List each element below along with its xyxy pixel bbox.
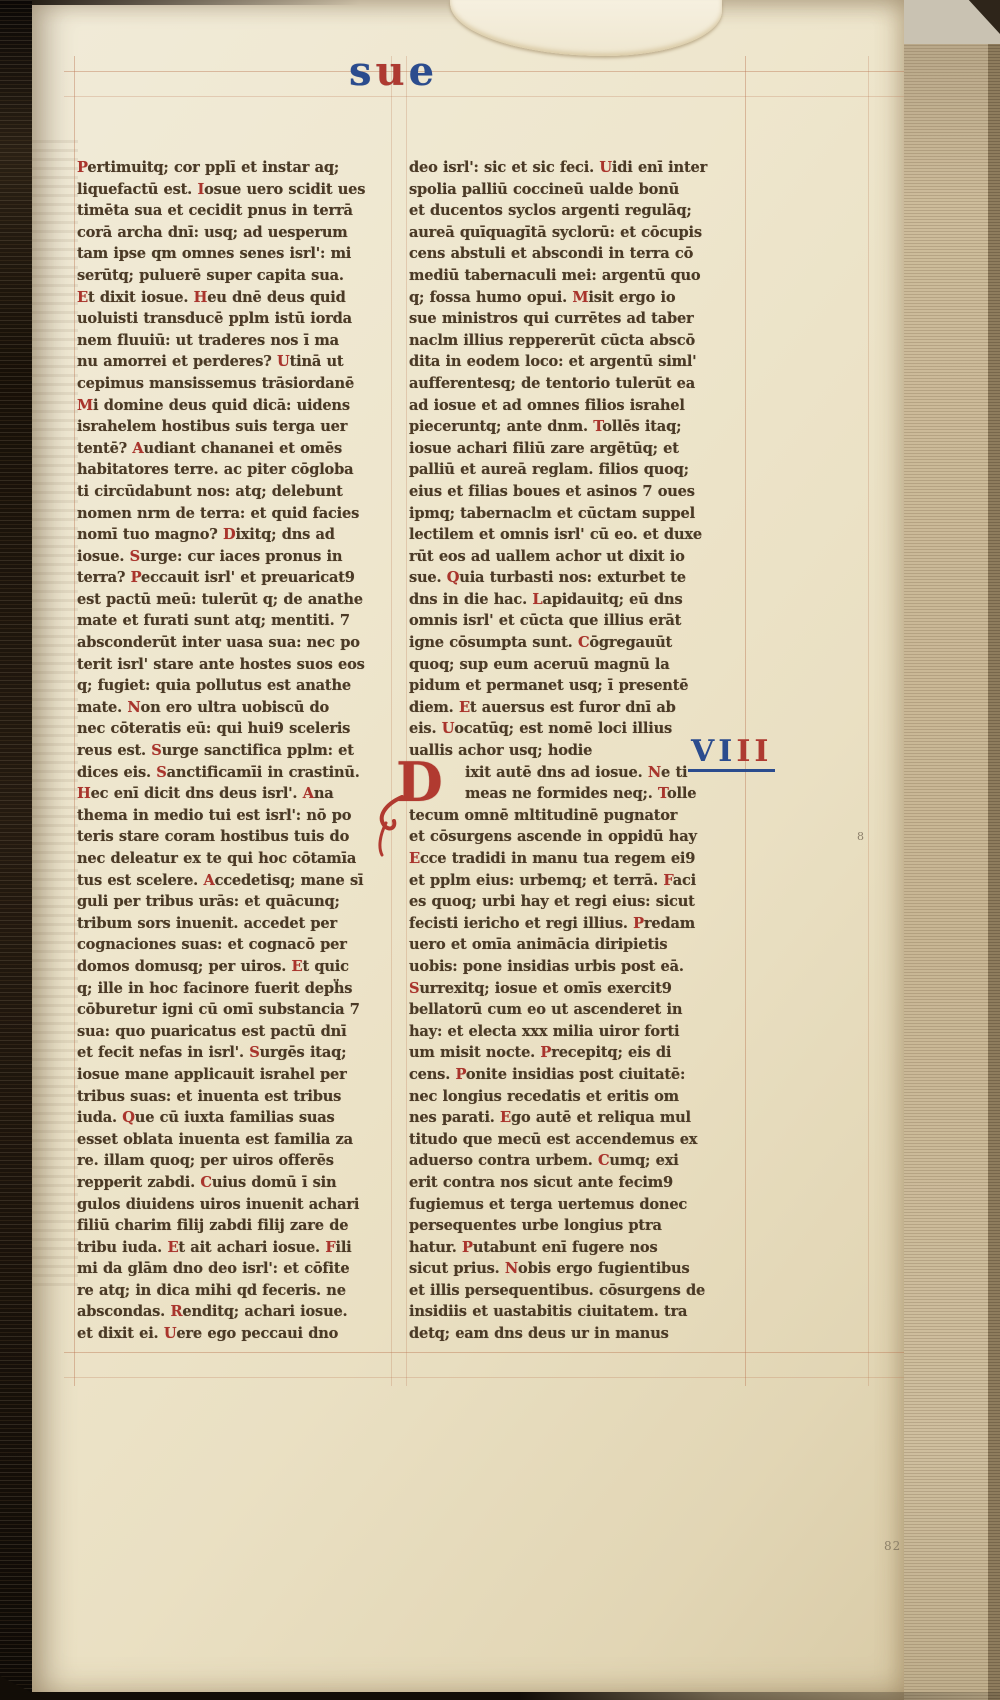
text-line: persequentes urbe longius ptra — [409, 1215, 749, 1237]
text-line: domos domusq; per uiros. Et quic — [77, 956, 393, 978]
ruling-line — [64, 1352, 932, 1353]
text-line: tribu iuda. Et ait achari iosue. Fili — [77, 1237, 393, 1259]
text-line: tecum omnē mltitudinē pugnator — [409, 805, 749, 827]
text-line: erit contra nos sicut ante fecim9 — [409, 1172, 749, 1194]
text-line: cens. Ponite insidias post ciuitatē: — [409, 1064, 749, 1086]
text-line: eius et filias boues et asinos 7 oues — [409, 481, 749, 503]
text-line: tus est scelere. Accedetisq; mane sī — [77, 870, 393, 892]
page-corner-curl — [450, 0, 722, 56]
chapter-number-viii: VIII — [688, 737, 775, 772]
text-line: Hec enī dicit dns deus isrl'. Ana — [77, 783, 393, 805]
text-line: spolia palliū coccineū ualde bonū — [409, 179, 749, 201]
text-line: omnis isrl' et cūcta que illius erāt — [409, 610, 749, 632]
text-line: iosue mane applicauit israhel per — [77, 1064, 393, 1086]
text-line: naclm illius reppererūt cūcta abscō — [409, 330, 749, 352]
text-line: et illis persequentibus. cōsurgens de — [409, 1280, 749, 1302]
text-line: israhelem hostibus suis terga uer — [77, 416, 393, 438]
text-line: tam ipse qm omnes senes isrl': mi — [77, 243, 393, 265]
book-gutter-edge — [0, 0, 32, 1700]
text-line: et ducentos syclos argenti regulāq; — [409, 200, 749, 222]
text-line: teris stare coram hostibus tuis do — [77, 826, 393, 848]
text-line: uobis: pone insidias urbis post eā. — [409, 956, 749, 978]
text-line: et dixit ei. Uere ego peccaui dno — [77, 1323, 393, 1345]
colored-letter: s — [349, 48, 376, 95]
text-line: mediū tabernaculi mei: argentū quo — [409, 265, 749, 287]
text-line: fecisti iericho et regi illius. Predam — [409, 913, 749, 935]
text-line: aufferentesq; de tentorio tulerūt ea — [409, 373, 749, 395]
text-line: et pplm eius: urbemq; et terrā. Faci — [409, 870, 749, 892]
text-line: sua: quo puaricatus est pactū dnī — [77, 1021, 393, 1043]
photo-bottom-edge — [0, 1692, 1000, 1700]
drop-cap-flourish — [372, 795, 418, 861]
text-line: ad iosue et ad omnes filios israhel — [409, 395, 749, 417]
text-column-left: Pertimuitq; cor pplī et instar aq;liquef… — [77, 157, 393, 1345]
text-line: cepimus mansissemus trāsiordanē — [77, 373, 393, 395]
colored-letter: I — [736, 734, 754, 769]
text-line: Et dixit iosue. Heu dnē deus quid — [77, 287, 393, 309]
text-line: q; fossa humo opui. Misit ergo io — [409, 287, 749, 309]
text-line: nec deleatur ex te qui hoc cōtamīa — [77, 848, 393, 870]
ruling-line — [868, 56, 869, 1386]
text-line: gulos diuidens uiros inuenit achari — [77, 1194, 393, 1216]
text-line: abscondas. Renditq; achari iosue. — [77, 1301, 393, 1323]
text-line: aureā quīquagītā syclorū: et cōcupis — [409, 222, 749, 244]
text-line: cens abstuli et abscondi in terra cō — [409, 243, 749, 265]
text-line: nem fluuiū: ut traderes nos ī ma — [77, 330, 393, 352]
text-line: iosue. Surge: cur iaces pronus in — [77, 546, 393, 568]
parchment-showthrough-texture — [32, 140, 78, 1290]
text-line: repperit zabdi. Cuius domū ī sin — [77, 1172, 393, 1194]
text-line: meas ne formides neq;. Tolle — [409, 783, 749, 805]
text-line: Surrexitq; iosue et omīs exercit9 — [409, 978, 749, 1000]
text-line: uero et omīa animācia diripietis — [409, 934, 749, 956]
text-line: terra? Peccauit isrl' et preuaricat9 — [77, 567, 393, 589]
fore-edge-page-stack — [904, 0, 988, 1700]
running-title: sue — [349, 52, 438, 92]
ruling-line — [64, 96, 932, 97]
text-line: Mi domine deus quid dicā: uidens — [77, 395, 393, 417]
text-line: dns in die hac. Lapidauitq; eū dns — [409, 589, 749, 611]
text-line: reus est. Surge sanctifica pplm: et — [77, 740, 393, 762]
colored-letter: V — [691, 734, 718, 769]
text-line: nec cōteratis eū: qui hui9 sceleris — [77, 718, 393, 740]
text-line: hatur. Putabunt enī fugere nos — [409, 1237, 749, 1259]
text-line: re. illam quoq; per uiros offerēs — [77, 1150, 393, 1172]
text-line: filiū charim filij zabdi filij zare de — [77, 1215, 393, 1237]
text-line: uoluisti transducē pplm istū iorda — [77, 308, 393, 330]
text-line: ipmq; tabernaclm et cūctam suppel — [409, 503, 749, 525]
text-line: habitatores terre. ac piter cōgloba — [77, 459, 393, 481]
text-line: titudo que mecū est accendemus ex — [409, 1129, 749, 1151]
text-line: aduerso contra urbem. Cumq; exi — [409, 1150, 749, 1172]
text-line: ti circūdabunt nos: atq; delebunt — [77, 481, 393, 503]
text-line: rūt eos ad uallem achor ut dixit io — [409, 546, 749, 568]
colored-letter: I — [754, 734, 772, 769]
text-line: mate. Non ero ultra uobiscū do — [77, 697, 393, 719]
text-line: q; ille in hoc facinore fuerit depḧs — [77, 978, 393, 1000]
photo-top-edge — [0, 0, 360, 5]
text-line: tentē? Audiant chananei et omēs — [77, 438, 393, 460]
text-line: liquefactū est. Iosue uero scidit ues — [77, 179, 393, 201]
text-line: et cōsurgens ascende in oppidū hay — [409, 826, 749, 848]
text-line: hay: et electa xxx milia uiror forti — [409, 1021, 749, 1043]
text-line: Ecce tradidi in manu tua regem ei9 — [409, 848, 749, 870]
text-line: et fecit nefas in isrl'. Surgēs itaq; — [77, 1042, 393, 1064]
text-line: esset oblata inuenta est familia za — [77, 1129, 393, 1151]
text-line: lectilem et omnis isrl' cū eo. et duxe — [409, 524, 749, 546]
text-line: Pertimuitq; cor pplī et instar aq; — [77, 157, 393, 179]
text-line: palliū et aureā reglam. filios quoq; — [409, 459, 749, 481]
text-line: mate et furati sunt atq; mentiti. 7 — [77, 610, 393, 632]
margin-mark: 8 — [857, 830, 864, 843]
text-line: thema in medio tui est isrl': nō po — [77, 805, 393, 827]
text-line: deo isrl': sic et sic feci. Uidi enī int… — [409, 157, 749, 179]
text-line: bellatorū cum eo ut ascenderet in — [409, 999, 749, 1021]
text-line: iosue achari filiū zare argētūq; et — [409, 438, 749, 460]
text-line: nec longius recedatis et eritis om — [409, 1086, 749, 1108]
text-line: nes parati. Ego autē et reliqua mul — [409, 1107, 749, 1129]
text-line: pidum et permanet usq; ī presentē — [409, 675, 749, 697]
text-line: insidiis et uastabitis ciuitatem. tra — [409, 1301, 749, 1323]
text-line: sicut prius. Nobis ergo fugientibus — [409, 1258, 749, 1280]
text-line: quoq; sup eum aceruū magnū la — [409, 654, 749, 676]
text-line: cōburetur igni cū omī substancia 7 — [77, 999, 393, 1021]
fore-edge-outer — [988, 0, 1000, 1700]
text-line: corā archa dnī: usq; ad uesperum — [77, 222, 393, 244]
ruling-line — [64, 1377, 932, 1378]
text-line: detq; eam dns deus ur in manus — [409, 1323, 749, 1345]
text-line: um misit nocte. Precepitq; eis di — [409, 1042, 749, 1064]
text-line: dices eis. Sanctificamīi in crastinū. — [77, 762, 393, 784]
text-line: iuda. Que cū iuxta familias suas — [77, 1107, 393, 1129]
manuscript-photo: sue Pertimuitq; cor pplī et instar aq;li… — [0, 0, 1000, 1700]
ruling-line — [74, 56, 75, 1386]
text-line: terit isrl' stare ante hostes suos eos — [77, 654, 393, 676]
colored-letter: e — [409, 48, 438, 95]
text-line: timēta sua et cecidit pnus in terrā — [77, 200, 393, 222]
text-line: serūtq; puluerē super capita sua. — [77, 265, 393, 287]
text-line: sue ministros qui currētes ad taber — [409, 308, 749, 330]
folio-number: 82 — [884, 1539, 901, 1553]
colored-letter: I — [718, 734, 736, 769]
text-line: q; fugiet: quia pollutus est anathe — [77, 675, 393, 697]
text-line: sue. Quia turbasti nos: exturbet te — [409, 567, 749, 589]
text-line: nomen nrm de terra: et quid facies — [77, 503, 393, 525]
text-line: nu amorrei et perderes? Utinā ut — [77, 351, 393, 373]
text-line: guli per tribus urās: et quācunq; — [77, 891, 393, 913]
text-line: cognaciones suas: et cognacō per — [77, 934, 393, 956]
text-line: fugiemus et terga uertemus donec — [409, 1194, 749, 1216]
text-line: dita in eodem loco: et argentū siml' — [409, 351, 749, 373]
text-line: est pactū meū: tulerūt q; de anathe — [77, 589, 393, 611]
text-line: tribus suas: et inuenta est tribus — [77, 1086, 393, 1108]
text-line: igne cōsumpta sunt. Cōgregauūt — [409, 632, 749, 654]
ruling-line — [64, 71, 932, 72]
text-line: absconderūt inter uasa sua: nec po — [77, 632, 393, 654]
text-line: nomī tuo magno? Dixitq; dns ad — [77, 524, 393, 546]
text-line: pieceruntq; ante dnm. Tollēs itaq; — [409, 416, 749, 438]
text-line: es quoq; urbi hay et regi eius: sicut — [409, 891, 749, 913]
colored-letter: u — [376, 48, 409, 95]
ruling-line — [406, 56, 407, 1386]
text-line: mi da glām dno deo isrl': et cōfite — [77, 1258, 393, 1280]
text-line: tribum sors inuenit. accedet per — [77, 913, 393, 935]
text-line: re atq; in dica mihi qd feceris. ne — [77, 1280, 393, 1302]
text-line: diem. Et auersus est furor dnī ab — [409, 697, 749, 719]
